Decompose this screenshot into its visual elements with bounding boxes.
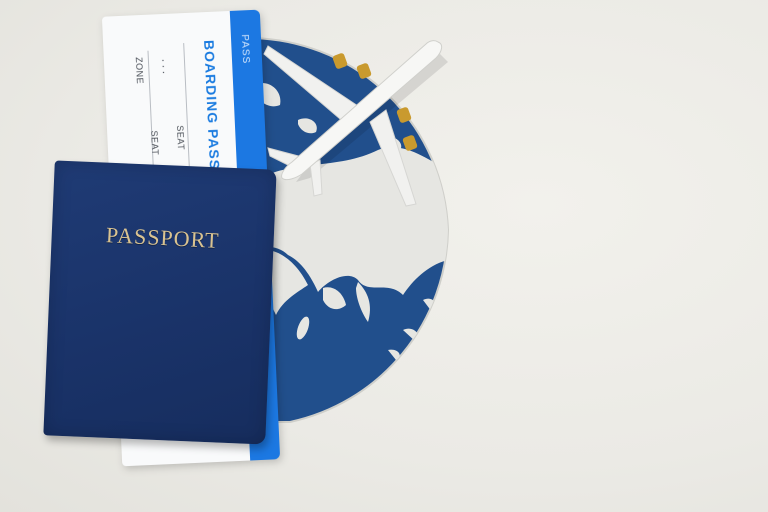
boarding-pass-stub-label: PASS <box>239 34 251 64</box>
field-zone: ZONE <box>134 57 145 84</box>
small-print-mark: ▪▪▪ <box>160 58 167 76</box>
passport-title: PASSPORT <box>51 219 274 257</box>
field-seat: SEAT <box>175 125 186 150</box>
field-seat: SEAT <box>149 130 160 155</box>
airplane-icon <box>258 36 448 216</box>
passport: PASSPORT <box>43 160 276 444</box>
toy-airplane <box>258 36 448 216</box>
travel-scene: BOARDING PASS PASS ZONE SEAT SEAT ▪▪▪ PA… <box>0 0 768 512</box>
